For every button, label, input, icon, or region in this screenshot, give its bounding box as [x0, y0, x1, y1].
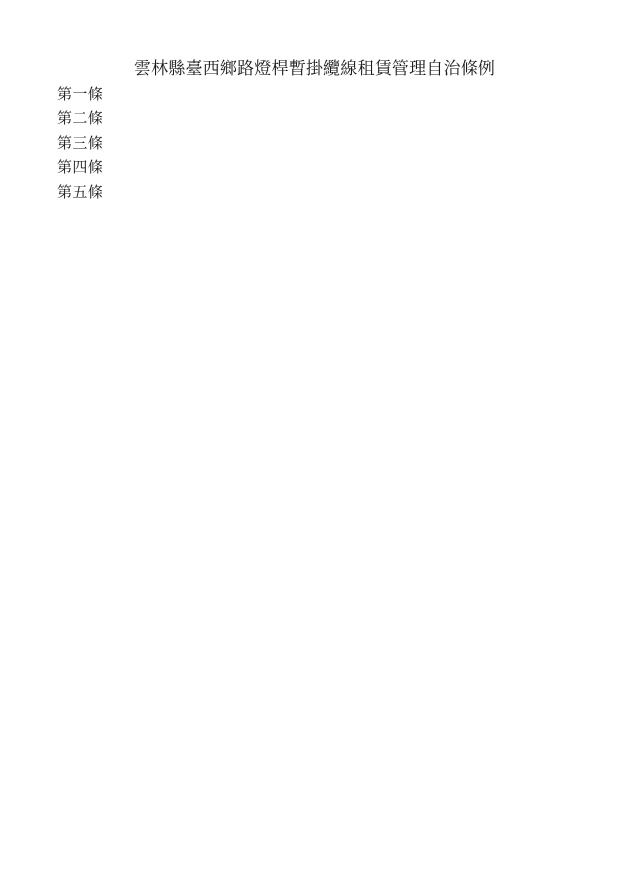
article-number: 第二條 — [57, 106, 116, 131]
document-title: 雲林縣臺西鄉路燈桿暫掛纜線租賃管理自治條例 — [57, 57, 572, 82]
article-number: 第一條 — [57, 82, 116, 107]
document-page: 雲林縣臺西鄉路燈桿暫掛纜線租賃管理自治條例 第一條第二條第三條第四條第五條 — [0, 0, 631, 893]
articles-container: 第一條第二條第三條第四條第五條 — [57, 82, 572, 205]
article-number: 第四條 — [57, 155, 116, 180]
article: 第三條 — [57, 131, 572, 156]
article: 第五條 — [57, 180, 572, 205]
article: 第一條 — [57, 82, 572, 107]
article: 第二條 — [57, 106, 572, 131]
article: 第四條 — [57, 155, 572, 180]
article-number: 第三條 — [57, 131, 116, 156]
article-number: 第五條 — [57, 180, 116, 205]
